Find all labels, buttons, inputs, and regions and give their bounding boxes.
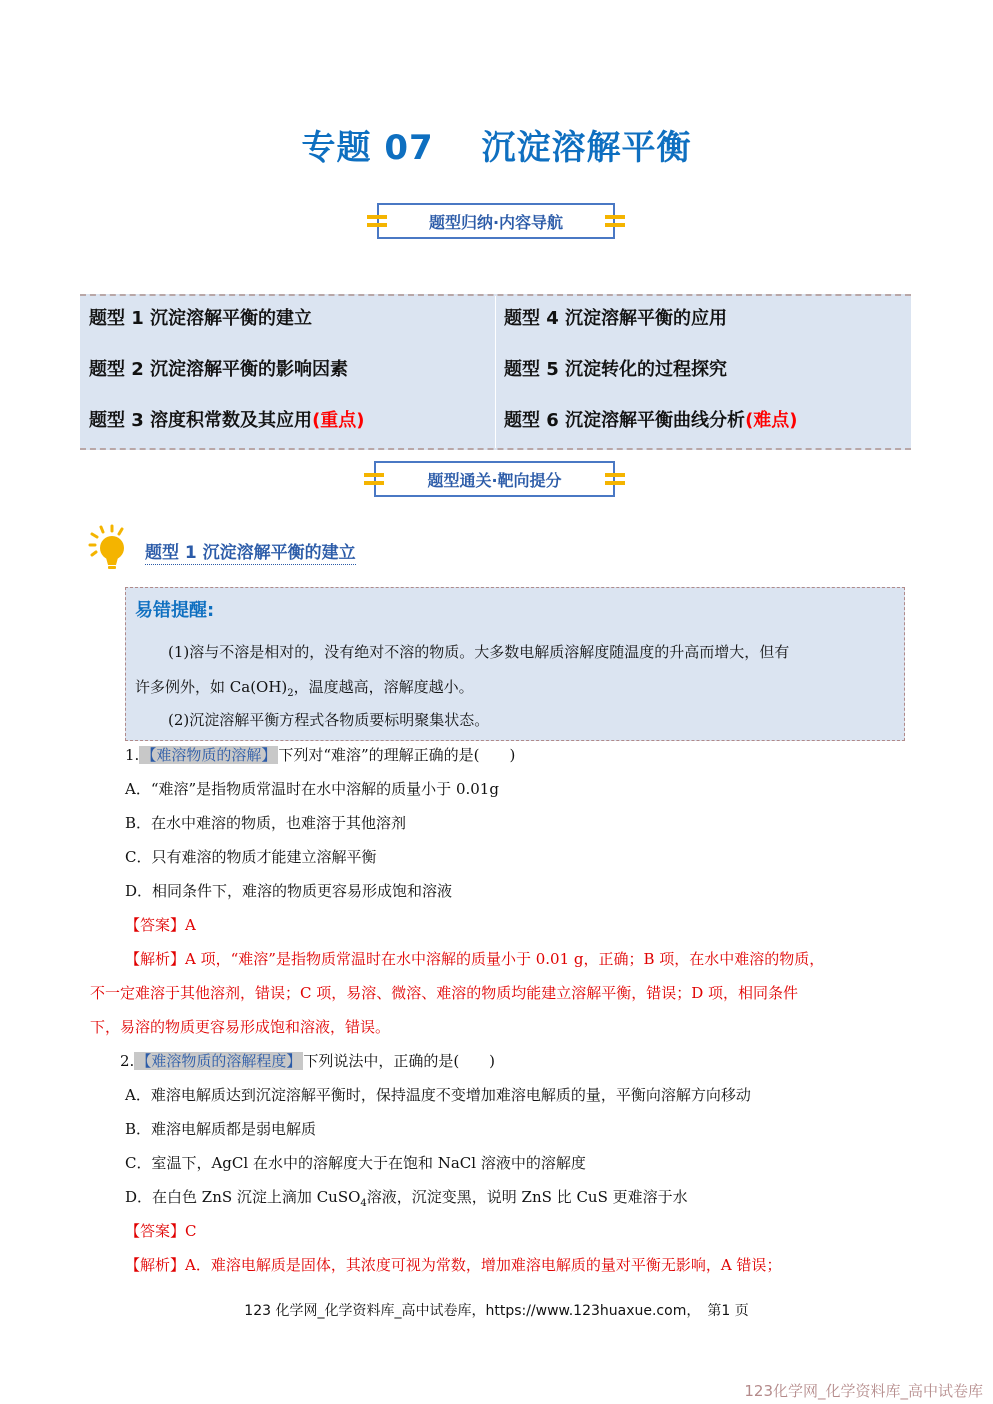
nav-item-5[interactable]: 题型 5 沉淀转化的过程探究 [504,355,727,381]
banner-practice: 题型通关·靶向提分 [374,461,615,497]
tip-line-3: (2)沉淀溶解平衡方程式各物质要标明聚集状态。 [168,709,489,730]
tip-title: 易错提醒: [135,596,214,622]
banner-bar-icon [364,472,384,486]
question-2-option-b: B．难溶电解质都是弱电解质 [125,1118,316,1139]
question-2-stem: 2.【难溶物质的溶解程度】下列说法中，正确的是( ) [120,1050,495,1071]
question-1-analysis-line-3: 下，易溶的物质更容易形成饱和溶液，错误。 [90,1016,390,1037]
lightbulb-icon [88,524,130,572]
question-tag: 【难溶物质的溶解】 [139,746,278,764]
question-1-answer: 【答案】A [125,914,196,935]
question-2-answer: 【答案】C [125,1220,196,1241]
nav-item-2[interactable]: 题型 2 沉淀溶解平衡的影响因素 [89,355,348,381]
question-1-analysis-line-2: 不一定难溶于其他溶剂，错误；C 项，易溶、微溶、难溶的物质均能建立溶解平衡，错误… [90,982,798,1003]
question-tag: 【难溶物质的溶解程度】 [134,1052,303,1070]
question-2-option-d: D．在白色 ZnS 沉淀上滴加 CuSO4溶液，沉淀变黑，说明 ZnS 比 Cu… [125,1186,688,1209]
banner-bar-icon [367,214,387,228]
banner-bar-icon [605,472,625,486]
error-tip-box: 易错提醒: (1)溶与不溶是相对的，没有绝对不溶的物质。大多数电解质溶解度随温度… [125,587,905,741]
question-2-analysis-line-1: 【解析】A．难溶电解质是固体，其浓度可视为常数，增加难溶电解质的量对平衡无影响，… [125,1254,781,1275]
nav-item-4[interactable]: 题型 4 沉淀溶解平衡的应用 [504,304,727,330]
difficult-point-tag: (难点) [745,410,797,431]
key-point-tag: (重点) [312,410,364,431]
question-1-option-d: D．相同条件下，难溶的物质更容易形成饱和溶液 [125,880,452,901]
page-footer: 123 化学网_化学资料库_高中试卷库，https://www.123huaxu… [0,1300,993,1320]
section-heading: 题型 1 沉淀溶解平衡的建立 [145,538,356,565]
nav-item-1[interactable]: 题型 1 沉淀溶解平衡的建立 [89,304,312,330]
question-1-stem: 1.【难溶物质的溶解】下列对“难溶”的理解正确的是( ) [125,744,515,765]
banner-nav-label: 题型归纳·内容导航 [429,210,563,233]
nav-divider [495,296,496,448]
tip-line-1: (1)溶与不溶是相对的，没有绝对不溶的物质。大多数电解质溶解度随温度的升高而增大… [168,641,789,662]
banner-bar-icon [605,214,625,228]
nav-item-3[interactable]: 题型 3 溶度积常数及其应用(重点) [89,406,365,432]
tip-line-2: 许多例外，如 Ca(OH)2，温度越高，溶解度越小。 [135,676,474,699]
topic-navigation: 题型 1 沉淀溶解平衡的建立 题型 2 沉淀溶解平衡的影响因素 题型 3 溶度积… [80,294,911,450]
question-2-option-c: C．室温下，AgCl 在水中的溶解度大于在饱和 NaCl 溶液中的溶解度 [125,1152,586,1173]
question-1-option-a: A．“难溶”是指物质常温时在水中溶解的质量小于 0.01g [125,778,499,799]
banner-nav: 题型归纳·内容导航 [377,203,615,239]
question-1-analysis-line-1: 【解析】A 项，“难溶”是指物质常温时在水中溶解的质量小于 0.01 g，正确；… [125,948,824,969]
watermark: 123化学网_化学资料库_高中试卷库 [744,1380,983,1401]
nav-item-6[interactable]: 题型 6 沉淀溶解平衡曲线分析(难点) [504,406,798,432]
banner-practice-label: 题型通关·靶向提分 [427,468,561,491]
question-1-option-b: B．在水中难溶的物质，也难溶于其他溶剂 [125,812,406,833]
question-2-option-a: A．难溶电解质达到沉淀溶解平衡时，保持温度不变增加难溶电解质的量，平衡向溶解方向… [125,1084,751,1105]
question-1-option-c: C．只有难溶的物质才能建立溶解平衡 [125,846,376,867]
document-title: 专题 07 沉淀溶解平衡 [0,120,993,169]
